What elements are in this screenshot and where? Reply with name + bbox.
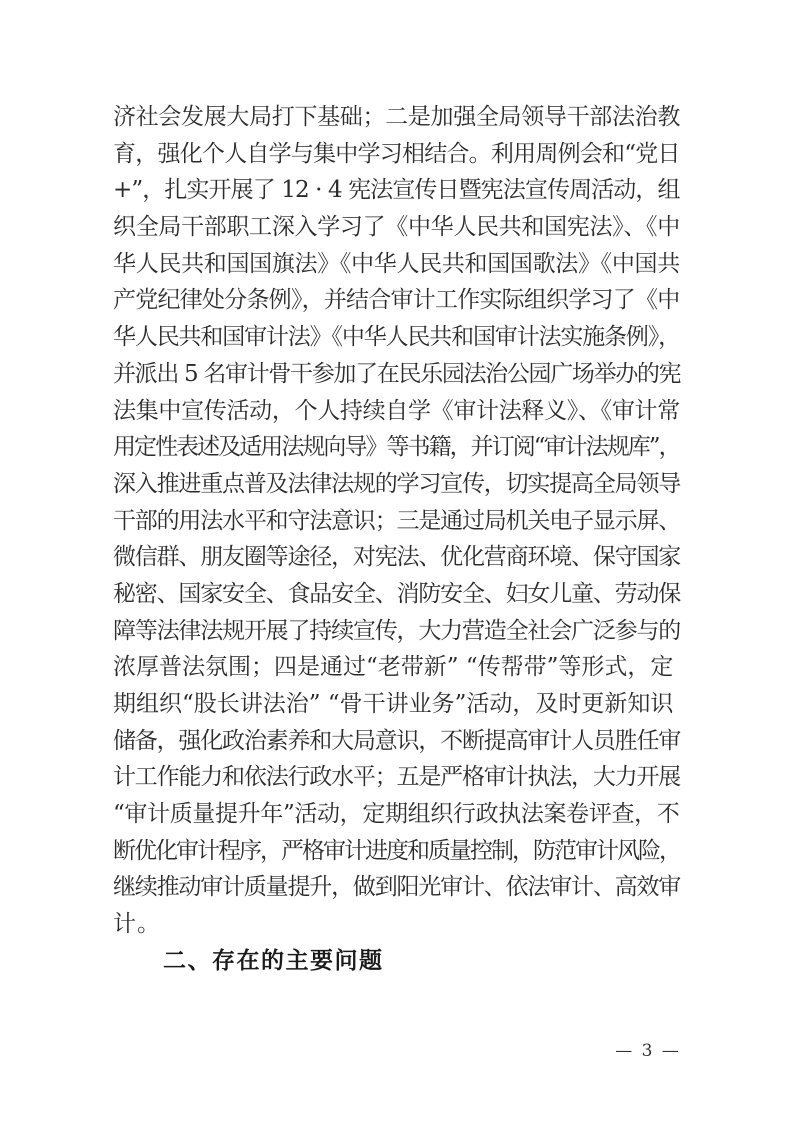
section-heading: 二、存在的主要问题 (113, 943, 680, 980)
text-line: 期组织“股长讲法治” “骨干讲业务”活动，及时更新知识 (113, 686, 680, 723)
page-number: — 3 — (606, 1041, 690, 1061)
document-page: 济社会发展大局打下基础；二是加强全局领导干部法治教 育，强化个人自学与集中学习相… (0, 0, 792, 1121)
text-line: 秘密、国家安全、食品安全、消防安全、妇女儿童、劳动保 (113, 576, 680, 613)
text-line: 计工作能力和依法行政水平；五是严格审计执法，大力开展 (113, 759, 680, 796)
text-line: 华人民共和国国旗法》《中华人民共和国国歌法》《中国共 (113, 246, 680, 283)
text-line: 并派出 5 名审计骨干参加了在民乐园法治公园广场举办的宪 (113, 356, 680, 393)
text-line: 育，强化个人自学与集中学习相结合。利用周例会和“党日 (113, 136, 680, 173)
text-line: 储备，强化政治素养和大局意识，不断提高审计人员胜任审 (113, 723, 680, 760)
text-line: 用定性表述及适用法规向导》等书籍，并订阅“审计法规库”， (113, 429, 680, 466)
document-body: 济社会发展大局打下基础；二是加强全局领导干部法治教 育，强化个人自学与集中学习相… (113, 99, 680, 980)
text-line: 微信群、朋友圈等途径，对宪法、优化营商环境、保守国家 (113, 539, 680, 576)
text-line: 深入推进重点普及法律法规的学习宣传，切实提高全局领导 (113, 466, 680, 503)
text-line: 法集中宣传活动，个人持续自学《审计法释义》、《审计常 (113, 393, 680, 430)
text-line: 障等法律法规开展了持续宣传，大力营造全社会广泛参与的 (113, 613, 680, 650)
text-line: 产党纪律处分条例》，并结合审计工作实际组织学习了《中 (113, 282, 680, 319)
text-line: +”，扎实开展了 12 · 4 宪法宣传日暨宪法宣传周活动，组 (113, 172, 680, 209)
text-line: 华人民共和国审计法》《中华人民共和国审计法实施条例》， (113, 319, 680, 356)
text-line: 断优化审计程序，严格审计进度和质量控制，防范审计风险， (113, 833, 680, 870)
text-line: 浓厚普法氛围；四是通过“老带新” “传帮带”等形式，定 (113, 649, 680, 686)
text-line: 继续推动审计质量提升，做到阳光审计、依法审计、高效审 (113, 869, 680, 906)
text-line: 干部的用法水平和守法意识；三是通过局机关电子显示屏、 (113, 503, 680, 540)
text-line: “审计质量提升年”活动，定期组织行政执法案卷评查，不 (113, 796, 680, 833)
text-line: 织全局干部职工深入学习了《中华人民共和国宪法》、《中 (113, 209, 680, 246)
text-line: 济社会发展大局打下基础；二是加强全局领导干部法治教 (113, 99, 680, 136)
text-line: 计。 (113, 906, 680, 943)
